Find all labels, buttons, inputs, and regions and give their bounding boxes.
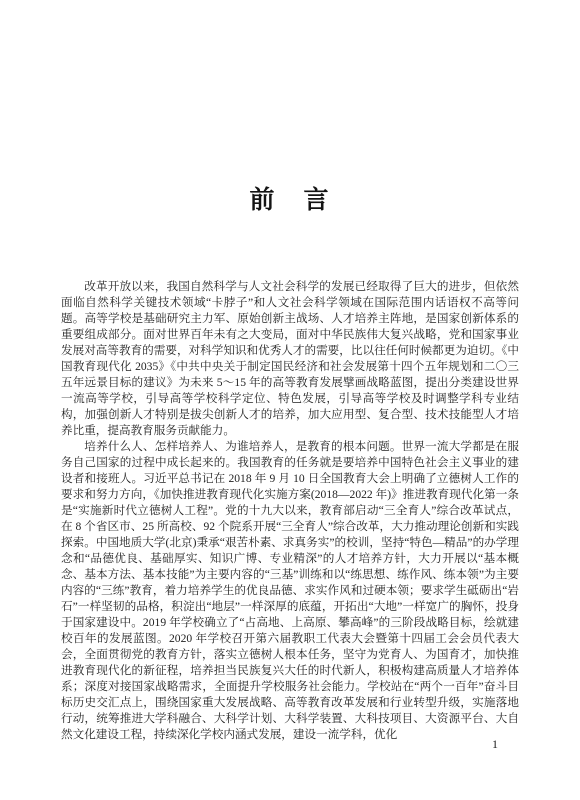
- preface-title: 前 言: [0, 180, 580, 216]
- body-paragraph-2: 培养什么人、怎样培养人、为谁培养人，是教育的根本问题。世界一流大学都是在服务自己…: [61, 439, 519, 743]
- page-number: 1: [0, 737, 518, 752]
- preface-body: 改革开放以来，我国自然科学与人文社会科学的发展已经取得了巨大的进步，但依然面临自…: [61, 279, 519, 743]
- document-page: 前 言 改革开放以来，我国自然科学与人文社会科学的发展已经取得了巨大的进步，但依…: [0, 0, 580, 800]
- body-paragraph-1: 改革开放以来，我国自然科学与人文社会科学的发展已经取得了巨大的进步，但依然面临自…: [61, 279, 519, 439]
